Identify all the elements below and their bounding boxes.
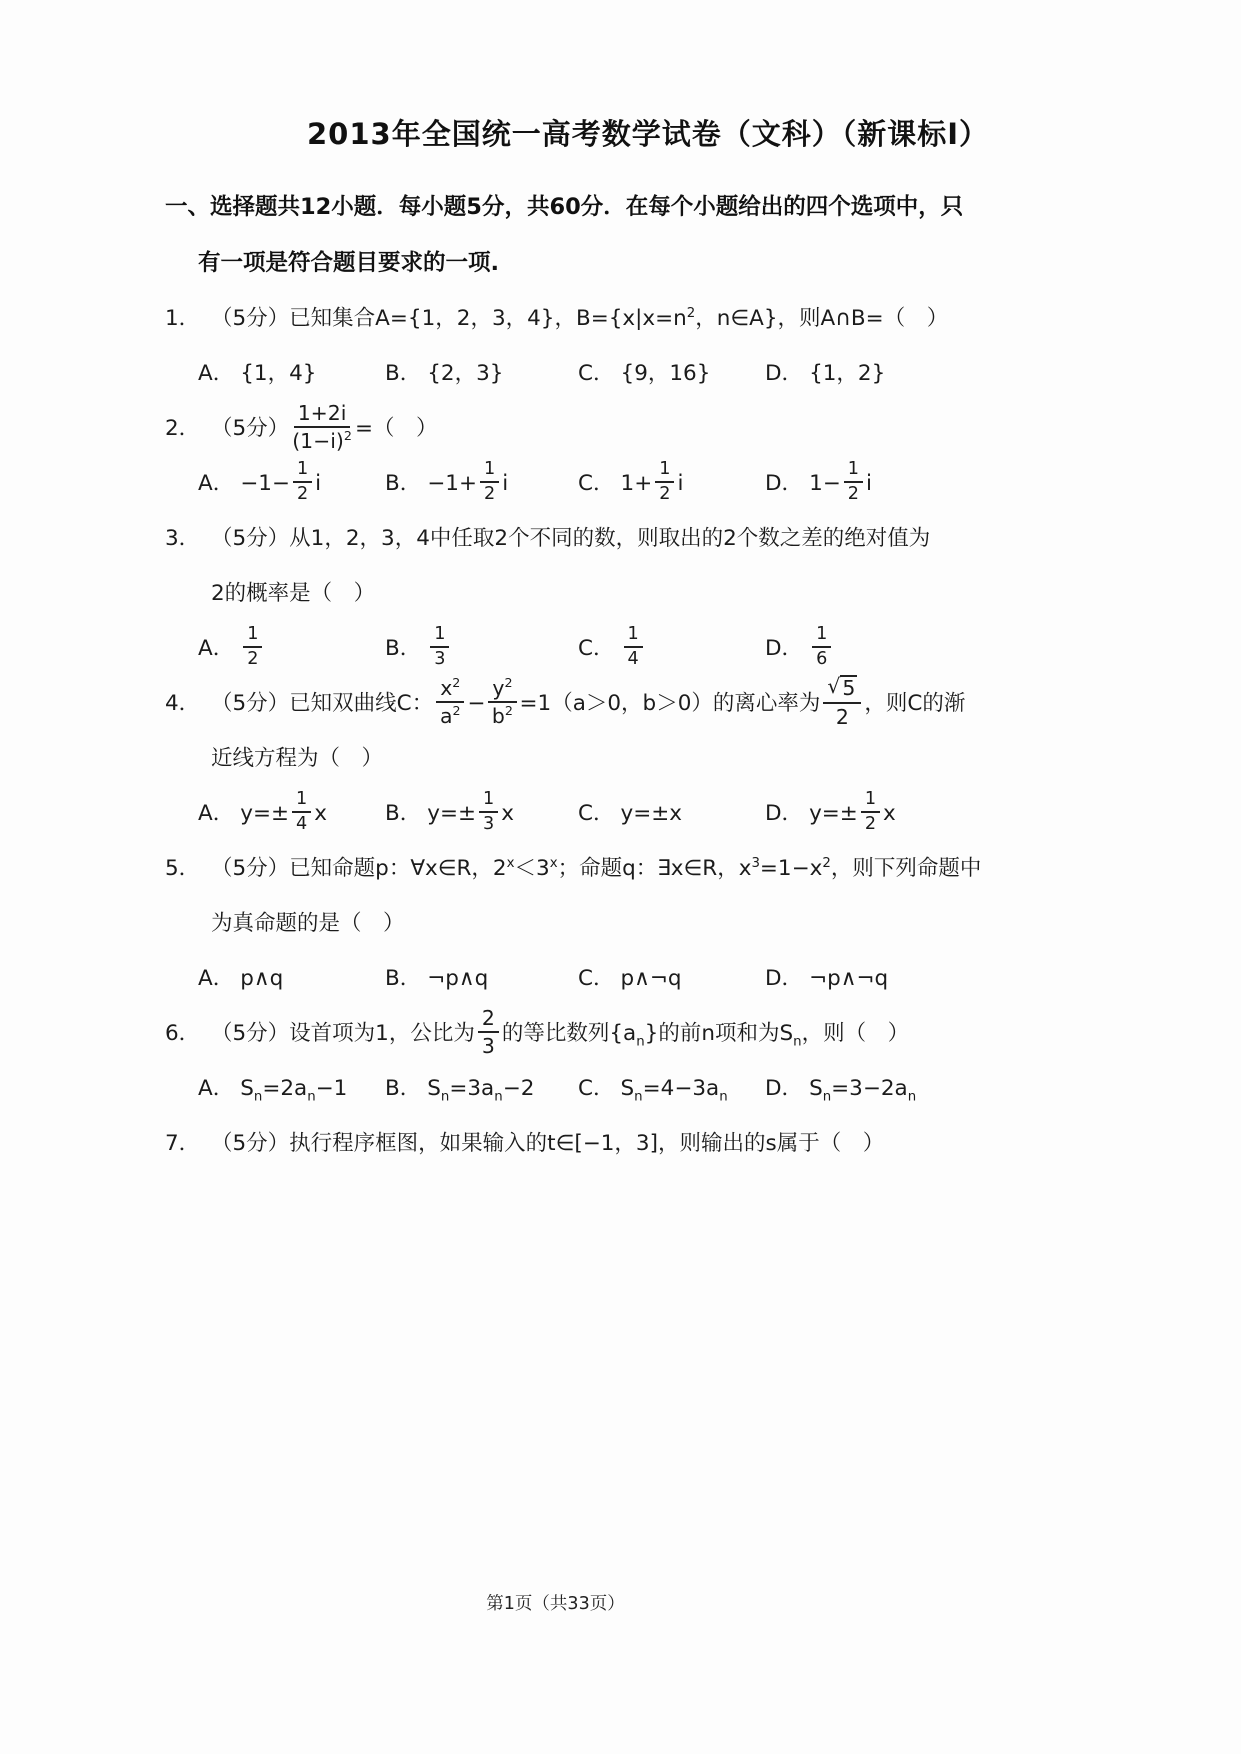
option-c-text: Sn=4−3an bbox=[621, 1076, 728, 1101]
option-a-text: y=±14x bbox=[240, 801, 327, 826]
option-c-label: C． bbox=[578, 471, 615, 496]
option-b: B．Sn=3an−2 bbox=[385, 1061, 578, 1116]
question-1-options: A．{1，4} B．{2，3} C．{9，16} D．{1，2} bbox=[198, 346, 1131, 401]
option-b: B．¬p∧q bbox=[385, 951, 578, 1006]
question-4-number: 4． bbox=[165, 676, 200, 731]
option-a-text: {1，4} bbox=[240, 361, 316, 386]
option-b-text: Sn=3an−2 bbox=[427, 1076, 534, 1101]
option-d: D．16 bbox=[765, 621, 1131, 676]
option-a-label: A． bbox=[198, 1076, 234, 1101]
option-d: D．{1，2} bbox=[765, 346, 1131, 401]
option-b: B．−1+12i bbox=[385, 456, 578, 511]
option-d-text: {1，2} bbox=[809, 361, 885, 386]
question-5: 5． （5分）已知命题p：∀x∈R，2x＜3x；命题q：∃x∈R，x3=1−x2… bbox=[165, 841, 1131, 951]
question-7-number: 7． bbox=[165, 1116, 200, 1171]
option-c: C．Sn=4−3an bbox=[578, 1061, 765, 1116]
option-a: A．12 bbox=[198, 621, 385, 676]
option-a: A．Sn=2an−1 bbox=[198, 1061, 385, 1116]
question-5-text: （5分）已知命题p：∀x∈R，2x＜3x；命题q：∃x∈R，x3=1−x2，则下… bbox=[211, 841, 1131, 951]
option-b-text: −1+12i bbox=[427, 471, 508, 496]
option-c-text: {9，16} bbox=[621, 361, 711, 386]
question-2-options: A．−1−12i B．−1+12i C．1+12i D．1−12i bbox=[198, 456, 1131, 511]
option-b-text: ¬p∧q bbox=[427, 966, 488, 991]
option-b-label: B． bbox=[385, 636, 421, 661]
option-d-label: D． bbox=[765, 801, 803, 826]
question-3: 3． （5分）从1，2，3，4中任取2个不同的数，则取出的2个数之差的绝对值为2… bbox=[165, 511, 1131, 621]
question-5-number: 5． bbox=[165, 841, 200, 896]
question-1-text: （5分）已知集合A={1，2，3，4}，B={x|x=n2，n∈A}，则A∩B=… bbox=[211, 291, 1131, 346]
option-c-text: p∧¬q bbox=[621, 966, 682, 991]
question-4-text: （5分）已知双曲线C：x2a2−y2b2=1（a＞0，b＞0）的离心率为√52，… bbox=[211, 676, 1131, 786]
option-d: D．1−12i bbox=[765, 456, 1131, 511]
option-c-label: C． bbox=[578, 966, 615, 991]
question-2: 2． （5分）1+2i(1−i)2=（ ） bbox=[165, 401, 1131, 456]
option-c: C．{9，16} bbox=[578, 346, 765, 401]
option-d: D．¬p∧¬q bbox=[765, 951, 1131, 1006]
exam-page: 2013年全国统一高考数学试卷（文科）（新课标I） 一、选择题共12小题．每小题… bbox=[0, 0, 1241, 1754]
question-1: 1． （5分）已知集合A={1，2，3，4}，B={x|x=n2，n∈A}，则A… bbox=[165, 291, 1131, 346]
question-2-number: 2． bbox=[165, 401, 200, 456]
option-b: B．y=±13x bbox=[385, 786, 578, 841]
option-d-text: ¬p∧¬q bbox=[809, 966, 888, 991]
option-b-label: B． bbox=[385, 471, 421, 496]
option-c-label: C． bbox=[578, 1076, 615, 1101]
option-a-label: A． bbox=[198, 801, 234, 826]
option-d-text: y=±12x bbox=[809, 801, 896, 826]
option-c-label: C． bbox=[578, 801, 615, 826]
option-c-label: C． bbox=[578, 636, 615, 661]
option-d-text: 1−12i bbox=[809, 471, 872, 496]
option-d-text: Sn=3−2an bbox=[809, 1076, 916, 1101]
section-header-line1: 一、选择题共12小题．每小题5分，共60分．在每个小题给出的四个选项中，只 bbox=[165, 179, 1131, 235]
option-b-label: B． bbox=[385, 801, 421, 826]
option-b-text: {2，3} bbox=[427, 361, 503, 386]
option-d: D．Sn=3−2an bbox=[765, 1061, 1131, 1116]
question-7: 7． （5分）执行程序框图，如果输入的t∈[−1，3]，则输出的s属于（ ） bbox=[165, 1116, 1131, 1171]
option-a: A．p∧q bbox=[198, 951, 385, 1006]
option-c: C．1+12i bbox=[578, 456, 765, 511]
question-4-options: A．y=±14x B．y=±13x C．y=±x D．y=±12x bbox=[198, 786, 1131, 841]
option-a-text: Sn=2an−1 bbox=[240, 1076, 347, 1101]
question-3-text: （5分）从1，2，3，4中任取2个不同的数，则取出的2个数之差的绝对值为2的概率… bbox=[211, 511, 1131, 621]
section-header: 一、选择题共12小题．每小题5分，共60分．在每个小题给出的四个选项中，只 有一… bbox=[165, 179, 1131, 291]
option-c-text: 14 bbox=[621, 636, 646, 661]
option-a-text: 12 bbox=[240, 636, 265, 661]
page-title: 2013年全国统一高考数学试卷（文科）（新课标I） bbox=[165, 112, 1131, 153]
option-c: C．p∧¬q bbox=[578, 951, 765, 1006]
option-a-label: A． bbox=[198, 361, 234, 386]
option-a-label: A． bbox=[198, 636, 234, 661]
question-3-options: A．12 B．13 C．14 D．16 bbox=[198, 621, 1131, 676]
option-d-label: D． bbox=[765, 361, 803, 386]
option-a: A．y=±14x bbox=[198, 786, 385, 841]
option-c-label: C． bbox=[578, 361, 615, 386]
option-a-label: A． bbox=[198, 966, 234, 991]
question-7-text: （5分）执行程序框图，如果输入的t∈[−1，3]，则输出的s属于（ ） bbox=[211, 1116, 1131, 1171]
option-d-label: D． bbox=[765, 471, 803, 496]
question-6: 6． （5分）设首项为1，公比为23的等比数列{an}的前n项和为Sn，则（ ） bbox=[165, 1006, 1131, 1061]
question-6-text: （5分）设首项为1，公比为23的等比数列{an}的前n项和为Sn，则（ ） bbox=[211, 1006, 1131, 1061]
question-1-number: 1． bbox=[165, 291, 200, 346]
question-3-number: 3． bbox=[165, 511, 200, 566]
question-2-text: （5分）1+2i(1−i)2=（ ） bbox=[211, 401, 1131, 456]
option-b-text: 13 bbox=[427, 636, 452, 661]
page-footer: 第1页（共33页） bbox=[0, 1590, 1111, 1615]
option-a-label: A． bbox=[198, 471, 234, 496]
section-header-line2: 有一项是符合题目要求的一项. bbox=[165, 235, 1131, 291]
option-c: C．14 bbox=[578, 621, 765, 676]
option-d-text: 16 bbox=[809, 636, 834, 661]
question-4: 4． （5分）已知双曲线C：x2a2−y2b2=1（a＞0，b＞0）的离心率为√… bbox=[165, 676, 1131, 786]
question-6-options: A．Sn=2an−1 B．Sn=3an−2 C．Sn=4−3an D．Sn=3−… bbox=[198, 1061, 1131, 1116]
option-b: B．13 bbox=[385, 621, 578, 676]
option-b-text: y=±13x bbox=[427, 801, 514, 826]
option-a: A．{1，4} bbox=[198, 346, 385, 401]
option-d-label: D． bbox=[765, 1076, 803, 1101]
question-5-options: A．p∧q B．¬p∧q C．p∧¬q D．¬p∧¬q bbox=[198, 951, 1131, 1006]
option-b-label: B． bbox=[385, 361, 421, 386]
option-d-label: D． bbox=[765, 636, 803, 661]
option-d-label: D． bbox=[765, 966, 803, 991]
option-b-label: B． bbox=[385, 966, 421, 991]
page-content: 2013年全国统一高考数学试卷（文科）（新课标I） 一、选择题共12小题．每小题… bbox=[0, 0, 1241, 1171]
option-b: B．{2，3} bbox=[385, 346, 578, 401]
option-b-label: B． bbox=[385, 1076, 421, 1101]
option-d: D．y=±12x bbox=[765, 786, 1131, 841]
question-6-number: 6． bbox=[165, 1006, 200, 1061]
option-c-text: 1+12i bbox=[621, 471, 684, 496]
option-c: C．y=±x bbox=[578, 786, 765, 841]
option-a-text: p∧q bbox=[240, 966, 283, 991]
option-a-text: −1−12i bbox=[240, 471, 321, 496]
option-a: A．−1−12i bbox=[198, 456, 385, 511]
option-c-text: y=±x bbox=[621, 801, 682, 826]
